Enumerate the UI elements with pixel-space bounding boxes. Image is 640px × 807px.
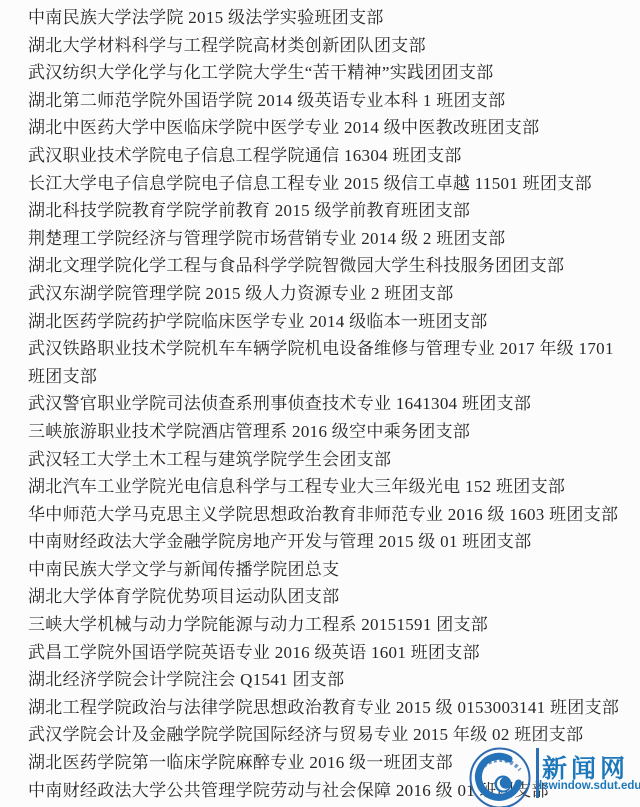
list-item: 三峡旅游职业技术学院酒店管理系 2016 级空中乘务团支部 — [28, 418, 626, 446]
list-item: 湖北文理学院化学工程与食品科学学院智微园大学生科技服务团团支部 — [28, 252, 626, 280]
list-item: 武昌工学院外国语学院英语专业 2016 级英语 1601 班团支部 — [28, 639, 626, 667]
list-item: 中南财经政法大学金融学院房地产开发与管理 2015 级 01 班团支部 — [28, 528, 626, 556]
list-item: 湖北科技学院教育学院学前教育 2015 级学前教育班团支部 — [28, 197, 626, 225]
list-item: 武汉东湖学院管理学院 2015 级人力资源专业 2 班团支部 — [28, 280, 626, 308]
list-item: 武汉职业技术学院电子信息工程学院通信 16304 班团支部 — [28, 142, 626, 170]
list-item: 湖北工程学院政治与法律学院思想政治教育专业 2015 级 0153003141 … — [28, 694, 626, 722]
list-item: 武汉学院会计及金融学院学院国际经济与贸易专业 2015 年级 02 班团支部 — [28, 721, 626, 749]
list-item: 武汉轻工大学土木工程与建筑学院学生会团支部 — [28, 446, 626, 474]
list-item: 湖北汽车工业学院光电信息科学与工程专业大三年级光电 152 班团支部 — [28, 473, 626, 501]
list-item: 中南民族大学文学与新闻传播学院团总支 — [28, 556, 626, 584]
list-item: 湖北医药学院第一临床学院麻醉专业 2016 级一班团支部 — [28, 749, 626, 777]
list-item: 华中师范大学马克思主义学院思想政治教育非师范专业 2016 级 1603 班团支… — [28, 501, 626, 529]
list-item: 湖北经济学院会计学院注会 Q1541 团支部 — [28, 666, 626, 694]
list-item: 中南民族大学法学院 2015 级法学实验班团支部 — [28, 4, 626, 32]
list-item: 湖北中医药大学中医临床学院中医学专业 2014 级中医教改班团支部 — [28, 114, 626, 142]
list-item: 武汉警官职业学院司法侦查系刑事侦查技术专业 1641304 班团支部 — [28, 390, 626, 418]
list-item: 中南财经政法大学公共管理学院劳动与社会保障 2016 级 01 班团支部 — [28, 777, 626, 805]
list-item: 荆楚理工学院经济与管理学院市场营销专业 2014 级 2 班团支部 — [28, 225, 626, 253]
list-item: 武汉纺织大学化学与化工学院大学生“苦干精神”实践团团支部 — [28, 59, 626, 87]
branch-list: 中南民族大学法学院 2015 级法学实验班团支部湖北大学材料科学与工程学院高材类… — [0, 0, 640, 804]
list-item: 湖北医药学院药护学院临床医学专业 2014 级临本一班团支部 — [28, 308, 626, 336]
list-item: 武汉铁路职业技术学院机车车辆学院机电设备维修与管理专业 2017 年级 1701… — [28, 335, 626, 390]
list-item: 湖北大学体育学院优势项目运动队团支部 — [28, 583, 626, 611]
list-item: 湖北大学材料科学与工程学院高材类创新团队团支部 — [28, 32, 626, 60]
list-item: 三峡大学机械与动力学院能源与动力工程系 20151591 团支部 — [28, 611, 626, 639]
list-item: 长江大学电子信息学院电子信息工程专业 2015 级信工卓越 11501 班团支部 — [28, 170, 626, 198]
document-page: 中南民族大学法学院 2015 级法学实验班团支部湖北大学材料科学与工程学院高材类… — [0, 0, 640, 807]
list-item: 湖北第二师范学院外国语学院 2014 级英语专业本科 1 班团支部 — [28, 87, 626, 115]
